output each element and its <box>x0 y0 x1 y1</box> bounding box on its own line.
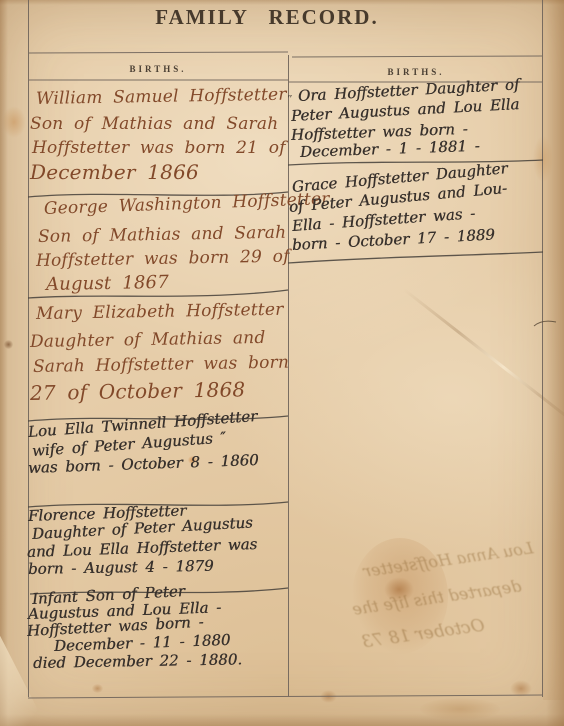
row-divider <box>288 252 543 263</box>
stain <box>4 340 13 349</box>
entry-line: George Washington Hoffstetter <box>44 191 330 218</box>
stain <box>510 680 532 697</box>
stain <box>92 684 103 693</box>
entry-line: Daughter of Mathias and <box>30 330 266 351</box>
stain <box>320 690 337 703</box>
stain <box>352 538 448 654</box>
entry-line: William Samuel Hoffstetter <box>36 87 287 108</box>
stray-mark: ″ <box>287 93 292 105</box>
entry-line: died December 22 - 1880. <box>33 652 242 671</box>
header-rule-top-right <box>292 56 543 57</box>
entry-line: December 1866 <box>30 162 199 182</box>
header-rule-top-left <box>28 52 288 53</box>
paper-edge-bottom <box>0 714 564 726</box>
family-record-page: FAMILY RECORD. BIRTHS. BIRTHS. William S… <box>0 0 564 726</box>
bleedthrough-line: October 18 73 <box>361 615 486 652</box>
paper-margin-band <box>543 0 564 700</box>
bleedthrough-line: departed this life the <box>351 576 522 619</box>
paper-edge-left <box>0 0 8 726</box>
entry-line: born - August 4 - 1879 <box>28 559 214 577</box>
crease <box>403 288 564 432</box>
entry-line: August 1867 <box>46 274 169 294</box>
table-border-bottom <box>28 695 543 698</box>
edge-crease-mark <box>534 321 556 326</box>
stain <box>2 106 26 138</box>
stain <box>384 577 414 602</box>
entry-line: December - 1 - 1881 - <box>300 139 480 160</box>
entry-line: Hoffstetter was born 21 of <box>32 140 286 157</box>
entry-line: Sarah Hoffstetter was born <box>33 355 289 376</box>
entry-line: Mary Elizabeth Hoffstetter <box>36 302 284 323</box>
page-title: FAMILY RECORD. <box>0 5 534 30</box>
paper-edge-right <box>546 0 564 726</box>
entry-line: Son of Mathias and Sarah <box>38 225 287 246</box>
births-header-left: BIRTHS. <box>28 64 288 74</box>
bleedthrough-text: Lou Anna Hoffstetter departed this life … <box>300 546 540 666</box>
entry-line: Son of Mathias and Sarah <box>30 116 278 133</box>
entry-line: Hoffstetter was born 29 of <box>36 249 290 270</box>
bleedthrough-line: Lou Anna Hoffstetter <box>362 538 534 581</box>
entry-line: 27 of October 1868 <box>30 379 246 403</box>
stain <box>420 698 500 720</box>
stain <box>533 136 553 182</box>
